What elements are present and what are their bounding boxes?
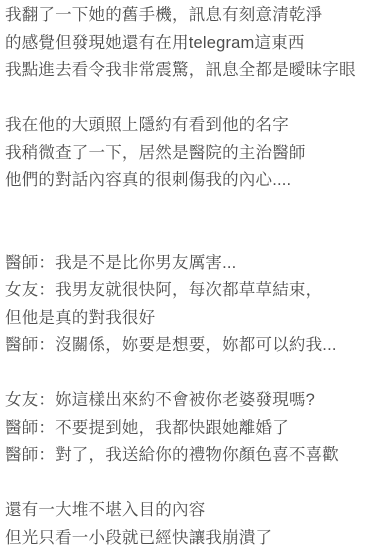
text-line: 女友：我男友就很快阿，每次都草草結束， xyxy=(5,277,379,305)
text-line: 我點進去看令我非常震驚，訊息全都是曖昧字眼 xyxy=(5,57,379,85)
text-line: 我翻了一下她的舊手機，訊息有刻意清乾淨 xyxy=(5,2,379,30)
paragraph-old-phone: 我翻了一下她的舊手機，訊息有刻意清乾淨 的感覺但發現她還有在用telegram這… xyxy=(5,2,379,85)
text-line: 但光只看一小段就已經快讓我崩潰了 xyxy=(5,525,379,553)
text-line: 醫師：對了，我送給你的禮物你顏色喜不喜歡 xyxy=(5,442,379,470)
text-line: 但他是真的對我很好 xyxy=(5,305,379,333)
text-line: 醫師：不要提到她，我都快跟她離婚了 xyxy=(5,415,379,443)
text-line: 我在他的大頭照上隱約有看到他的名字 xyxy=(5,112,379,140)
text-line: 醫師：沒關係，妳要是想要，妳都可以約我... xyxy=(5,332,379,360)
paragraph-dialogue-2: 女友：妳這樣出來約不會被你老婆發現嗎? 醫師：不要提到她，我都快跟她離婚了 醫師… xyxy=(5,387,379,470)
post-content: 我翻了一下她的舊手機，訊息有刻意清乾淨 的感覺但發現她還有在用telegram這… xyxy=(0,0,383,552)
paragraph-doctor-identity: 我在他的大頭照上隱約有看到他的名字 我稍微查了一下，居然是醫院的主治醫師 他們的… xyxy=(5,112,379,195)
text-line: 他們的對話內容真的很刺傷我的內心.... xyxy=(5,167,379,195)
text-line: 的感覺但發現她還有在用telegram這東西 xyxy=(5,30,379,58)
text-line: 我稍微查了一下，居然是醫院的主治醫師 xyxy=(5,140,379,168)
text-line: 醫師：我是不是比你男友厲害... xyxy=(5,250,379,278)
paragraph-conclusion: 還有一大堆不堪入目的內容 但光只看一小段就已經快讓我崩潰了 xyxy=(5,497,379,552)
paragraph-dialogue-1: 醫師：我是不是比你男友厲害... 女友：我男友就很快阿，每次都草草結束， 但他是… xyxy=(5,250,379,360)
text-line: 還有一大堆不堪入目的內容 xyxy=(5,497,379,525)
text-line: 女友：妳這樣出來約不會被你老婆發現嗎? xyxy=(5,387,379,415)
